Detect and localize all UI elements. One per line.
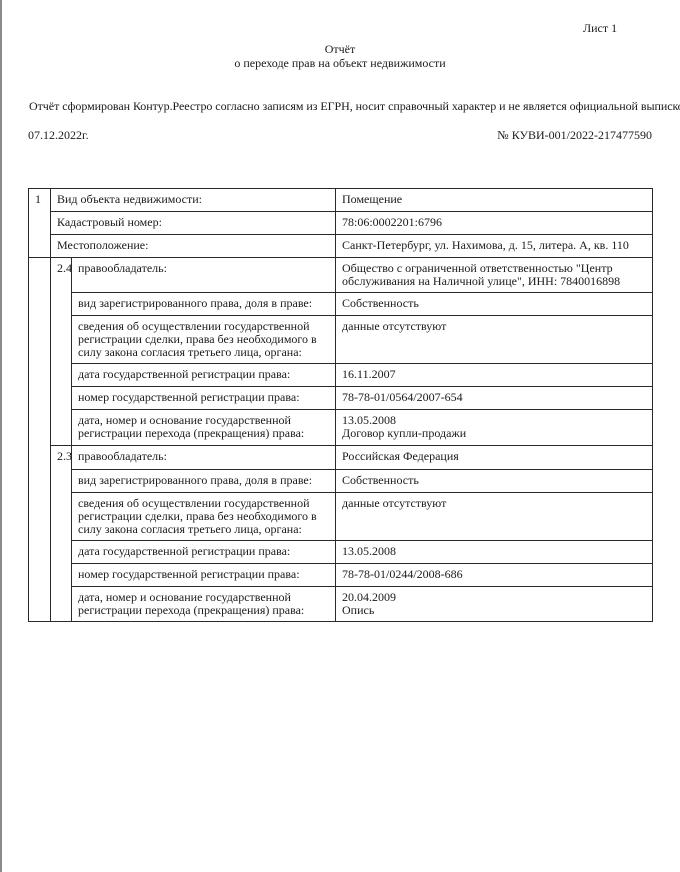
field-value: 20.04.2009 Опись xyxy=(336,587,653,622)
field-value: 78-78-01/0244/2008-686 xyxy=(336,564,653,587)
field-value: Помещение xyxy=(336,189,653,212)
field-value: 78-78-01/0564/2007-654 xyxy=(336,387,653,410)
field-value: 16.11.2007 xyxy=(336,364,653,387)
value-line: Договор купли-продажи xyxy=(342,427,646,440)
field-label: дата государственной регистрации права: xyxy=(72,364,336,387)
field-label: дата, номер и основание государственной … xyxy=(72,587,336,622)
table-row: 1 Вид объекта недвижимости: Помещение xyxy=(29,189,653,212)
field-value: Санкт-Петербург, ул. Нахимова, д. 15, ли… xyxy=(336,235,653,258)
field-label: Вид объекта недвижимости: xyxy=(51,189,336,212)
page-edge xyxy=(0,0,2,872)
value-line: Опись xyxy=(342,604,646,617)
empty-cell xyxy=(29,258,51,622)
field-label: сведения об осуществлении государственно… xyxy=(72,493,336,541)
table-row: вид зарегистрированного права, доля в пр… xyxy=(29,470,653,493)
table-row: 2.4 правообладатель: Общество с ограниче… xyxy=(29,258,653,293)
field-label: номер государственной регистрации права: xyxy=(72,387,336,410)
report-subtitle: о переходе прав на объект недвижимости xyxy=(0,56,680,70)
field-value: данные отсутствуют xyxy=(336,493,653,541)
disclaimer: Отчёт сформирован Контур.Реестро согласн… xyxy=(29,99,680,113)
table-row: номер государственной регистрации права:… xyxy=(29,387,653,410)
table-row: номер государственной регистрации права:… xyxy=(29,564,653,587)
table-row: дата государственной регистрации права: … xyxy=(29,364,653,387)
sheet-number: Лист 1 xyxy=(583,21,617,35)
right-number: 2.3 xyxy=(51,446,72,622)
right-number: 2.4 xyxy=(51,258,72,446)
field-label: правообладатель: xyxy=(72,258,336,293)
field-value: 78:06:0002201:6796 xyxy=(336,212,653,235)
document-number: № КУВИ-001/2022-217477590 xyxy=(497,128,652,142)
field-label: Местоположение: xyxy=(51,235,336,258)
field-label: дата государственной регистрации права: xyxy=(72,541,336,564)
table-row: Местоположение: Санкт-Петербург, ул. Нах… xyxy=(29,235,653,258)
field-label: номер государственной регистрации права: xyxy=(72,564,336,587)
table-row: сведения об осуществлении государственно… xyxy=(29,493,653,541)
field-label: дата, номер и основание государственной … xyxy=(72,410,336,446)
table-row: дата, номер и основание государственной … xyxy=(29,410,653,446)
table-row: Кадастровый номер: 78:06:0002201:6796 xyxy=(29,212,653,235)
section-number: 1 xyxy=(29,189,51,258)
field-label: Кадастровый номер: xyxy=(51,212,336,235)
table-row: дата, номер и основание государственной … xyxy=(29,587,653,622)
value-line: 20.04.2009 xyxy=(342,591,646,604)
table-row: дата государственной регистрации права: … xyxy=(29,541,653,564)
field-value: Собственность xyxy=(336,470,653,493)
property-rights-table: 1 Вид объекта недвижимости: Помещение Ка… xyxy=(28,188,653,622)
field-label: сведения об осуществлении государственно… xyxy=(72,316,336,364)
field-value: 13.05.2008 Договор купли-продажи xyxy=(336,410,653,446)
table-row: вид зарегистрированного права, доля в пр… xyxy=(29,293,653,316)
field-value: Общество с ограниченной ответственностью… xyxy=(336,258,653,293)
report-date: 07.12.2022г. xyxy=(28,128,89,142)
report-title: Отчёт xyxy=(0,42,680,56)
field-label: вид зарегистрированного права, доля в пр… xyxy=(72,470,336,493)
table-row: сведения об осуществлении государственно… xyxy=(29,316,653,364)
table-row: 2.3 правообладатель: Российская Федераци… xyxy=(29,446,653,470)
field-label: правообладатель: xyxy=(72,446,336,470)
field-value: данные отсутствуют xyxy=(336,316,653,364)
field-value: Российская Федерация xyxy=(336,446,653,470)
field-label: вид зарегистрированного права, доля в пр… xyxy=(72,293,336,316)
field-value: Собственность xyxy=(336,293,653,316)
field-value: 13.05.2008 xyxy=(336,541,653,564)
